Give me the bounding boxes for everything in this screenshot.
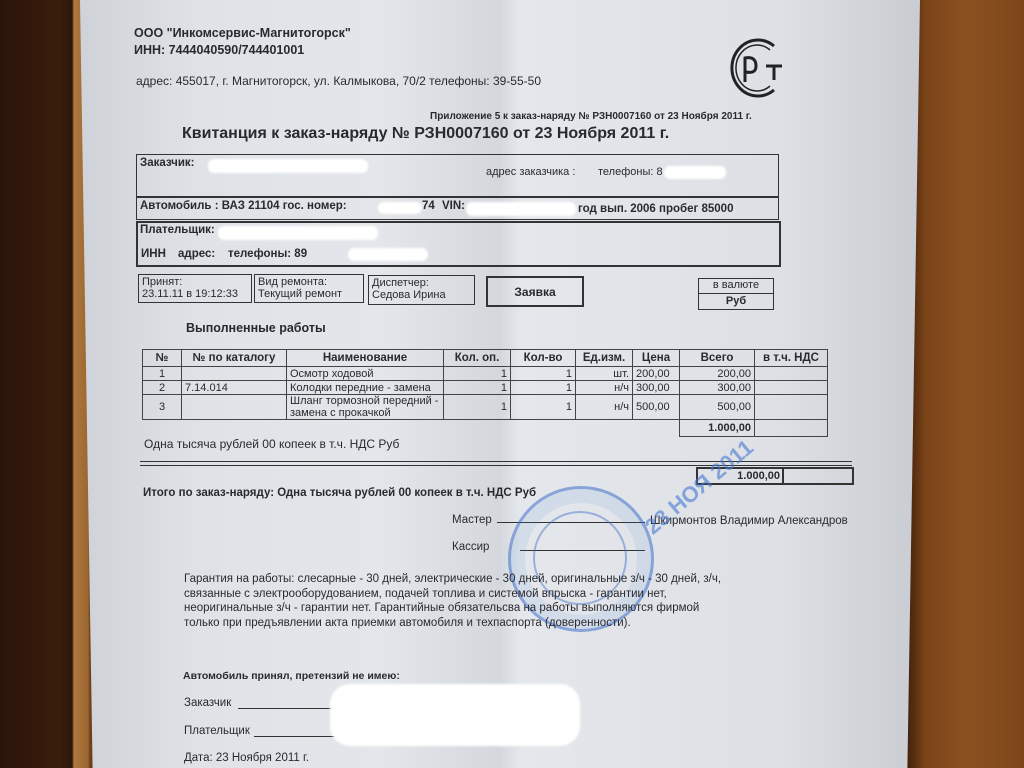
works-subtotal-row: 1.000,00 [143, 420, 828, 437]
cell-n: 1 [143, 367, 182, 381]
customer-address-label: адрес заказчика : [486, 166, 575, 178]
acceptance-date: Дата: 23 Ноября 2011 г. [184, 752, 309, 764]
master-label: Мастер [452, 514, 492, 526]
cell-n: 2 [143, 381, 182, 395]
works-header-row: № № по каталогу Наименование Кол. оп. Ко… [143, 350, 828, 367]
payer-phones-label: телефоны: 89 [228, 248, 307, 260]
cell-qty: 1 [511, 381, 576, 395]
redacted-customer-name [208, 159, 368, 173]
cell-name: Шланг тормозной передний - замена с прок… [287, 395, 444, 420]
table-row: 3Шланг тормозной передний - замена с про… [143, 395, 828, 420]
company-name: ООО "Инкомсервис-Магнитогорск" [134, 26, 351, 40]
cell-unit: н/ч [576, 395, 633, 420]
cell-ops: 1 [444, 395, 511, 420]
cell-price: 300,00 [633, 381, 680, 395]
cell-catalog: 7.14.014 [182, 381, 287, 395]
request-label: Заявка [488, 285, 582, 299]
request-box: Заявка [486, 276, 584, 307]
amount-in-words: Одна тысяча рублей 00 копеек в т.ч. НДС … [144, 437, 399, 451]
page-title: Квитанция к заказ-наряду № РЗН0007160 от… [182, 125, 669, 143]
vin-label: VIN: [442, 200, 465, 212]
redacted-plate [378, 202, 422, 214]
appendix-note: Приложение 5 к заказ-наряду № РЗН0007160… [430, 111, 752, 122]
accepted-value: 23.11.11 в 19:12:33 [142, 288, 238, 300]
grand-total-separator [782, 469, 784, 483]
table-row: 27.14.014Колодки передние - замена11н/ч3… [143, 381, 828, 395]
cell-qty: 1 [511, 395, 576, 420]
col-unit: Ед.изм. [576, 350, 633, 367]
customer-phones-label: телефоны: 8 [598, 166, 663, 178]
cell-price: 500,00 [633, 395, 680, 420]
col-vat: в т.ч. НДС [755, 350, 828, 367]
accepted-box: Принят: 23.11.11 в 19:12:33 [138, 274, 252, 303]
redacted-customer-phone [664, 166, 726, 179]
col-catalog: № по каталогу [182, 350, 287, 367]
col-qty: Кол-во [511, 350, 576, 367]
works-subtotal-vat [755, 420, 828, 437]
cell-total: 500,00 [680, 395, 755, 420]
dispatcher-label: Диспетчер: [372, 277, 429, 289]
repair-type-box: Вид ремонта: Текущий ремонт [254, 274, 364, 303]
col-number: № [143, 350, 182, 367]
redacted-payer-name [218, 226, 378, 240]
cell-name: Колодки передние - замена [287, 381, 444, 395]
cell-unit: шт. [576, 367, 633, 381]
warranty-line: Гарантия на работы: слесарные - 30 дней,… [184, 572, 721, 587]
cell-name: Осмотр ходовой [287, 367, 444, 381]
cell-qty: 1 [511, 367, 576, 381]
cell-vat [755, 395, 828, 420]
table-row: 1Осмотр ходовой11шт.200,00200,00 [143, 367, 828, 381]
redacted-vin [466, 202, 576, 216]
works-subtotal: 1.000,00 [680, 420, 755, 437]
works-heading: Выполненные работы [186, 321, 326, 335]
cell-unit: н/ч [576, 381, 633, 395]
acceptance-heading: Автомобиль принял, претензий не имею: [183, 670, 400, 682]
customer-label: Заказчик: [140, 157, 195, 169]
redacted-payer-phone [348, 248, 428, 261]
cell-total: 200,00 [680, 367, 755, 381]
works-table: № № по каталогу Наименование Кол. оп. Ко… [142, 349, 828, 437]
cell-catalog [182, 395, 287, 420]
cashier-label: Кассир [452, 541, 489, 553]
dispatcher-value: Седова Ирина [372, 289, 446, 301]
currency-value-box: Руб [698, 293, 774, 310]
cell-ops: 1 [444, 367, 511, 381]
company-inn: ИНН: 7444040590/744401001 [134, 43, 304, 57]
col-ops: Кол. оп. [444, 350, 511, 367]
car-year-mileage: год вып. 2006 пробег 85000 [578, 203, 733, 215]
cell-ops: 1 [444, 381, 511, 395]
car-model: Автомобиль : ВАЗ 21104 гос. номер: [140, 200, 347, 212]
currency-label: в валюте [699, 279, 773, 291]
col-name: Наименование [287, 350, 444, 367]
redacted-signatures [330, 684, 580, 746]
payer-label: Плательщик: [140, 224, 215, 236]
cell-price: 200,00 [633, 367, 680, 381]
dispatcher-box: Диспетчер: Седова Ирина [368, 275, 475, 305]
warranty-line: только при предъявлении акта приемки авт… [184, 616, 721, 631]
repair-type-value: Текущий ремонт [258, 288, 342, 300]
payer-address-label: адрес: [178, 248, 215, 260]
repair-type-label: Вид ремонта: [258, 276, 327, 288]
cell-vat [755, 381, 828, 395]
company-address: адрес: 455017, г. Магнитогорск, ул. Калм… [136, 74, 541, 88]
col-total: Всего [680, 350, 755, 367]
currency-value: Руб [699, 295, 773, 307]
total-text: Итого по заказ-наряду: Одна тысяча рубле… [143, 487, 536, 499]
plate-tail: 74 [422, 200, 435, 212]
cell-n: 3 [143, 395, 182, 420]
accepted-label: Принят: [142, 276, 182, 288]
acceptance-payer-label: Плательщик [184, 725, 250, 737]
cell-catalog [182, 367, 287, 381]
cell-vat [755, 367, 828, 381]
currency-label-box: в валюте [698, 278, 774, 294]
rst-logo-icon [726, 36, 786, 100]
payer-inn-label: ИНН [141, 248, 166, 260]
warranty-line: связанные с электрооборудованием, подаче… [184, 587, 721, 602]
cell-total: 300,00 [680, 381, 755, 395]
warranty-line: неоригинальные з/ч - гарантии нет. Гаран… [184, 601, 721, 616]
acceptance-customer-label: Заказчик [184, 697, 231, 709]
wood-background [905, 0, 1024, 768]
col-price: Цена [633, 350, 680, 367]
warranty-text: Гарантия на работы: слесарные - 30 дней,… [184, 572, 721, 630]
